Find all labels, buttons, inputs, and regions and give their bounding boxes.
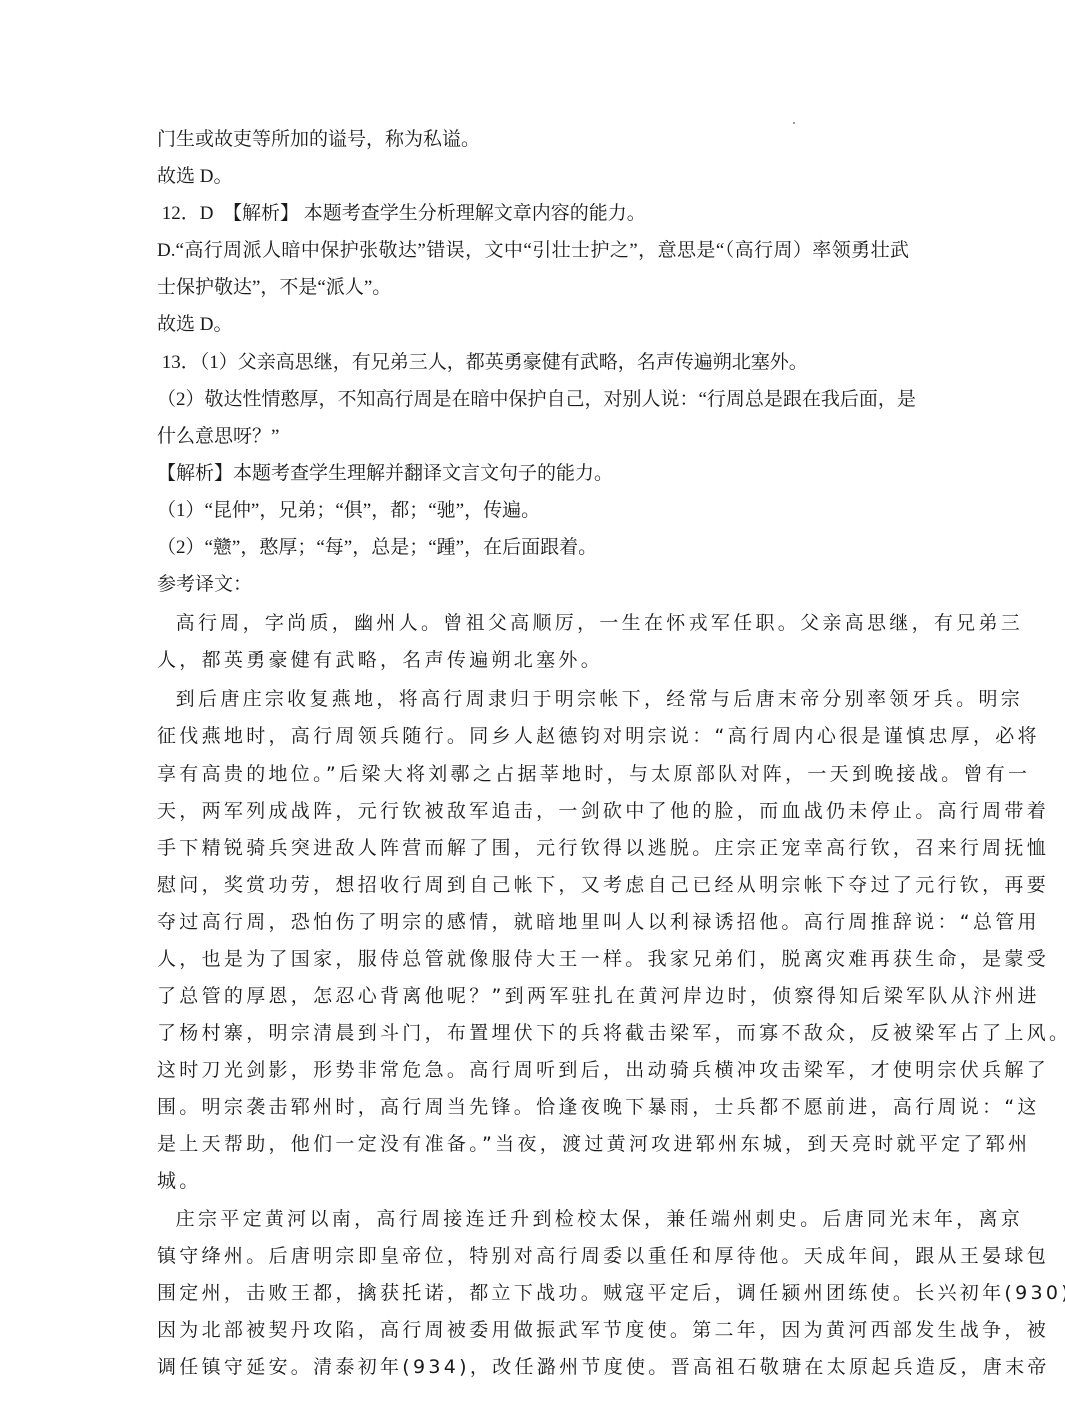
translation-line: 了杨村寨，明宗清晨到斗门，布置埋伏下的兵将截击梁军，而寡不敌众，反被梁军占了上风…	[157, 1021, 909, 1045]
translation-line: 夺过高行周，恐怕伤了明宗的感情，就暗地里叫人以利禄诱招他。高行周推辞说：“总管用	[157, 910, 909, 934]
translation-line: 人，都英勇豪健有武略，名声传遍朔北塞外。	[157, 648, 909, 672]
translation-line: 是上天帮助，他们一定没有准备。”当夜，渡过黄河攻进郓州东城，到天亮时就平定了郓州	[157, 1132, 909, 1156]
answer-line: 士保护敬达”，不是“派人”。	[157, 276, 909, 300]
answer-line: 门生或故吏等所加的谥号，称为私谥。	[157, 128, 909, 152]
translation-line: 调任镇守延安。清泰初年(934)，改任潞州节度使。晋高祖石敬瑭在太原起兵造反，唐…	[157, 1355, 909, 1379]
translation-line: 慰问，奖赏功劳，想招收行周到自己帐下，又考虑自己已经从明宗帐下夺过了元行钦，再要	[157, 873, 909, 897]
answer-line: 故选 D。	[157, 313, 909, 337]
answer-line: （1）“昆仲”，兄弟；“俱”，都；“驰”，传遍。	[157, 499, 909, 523]
translation-line: 因为北部被契丹攻陷，高行周被委用做振武军节度使。第二年，因为黄河西部发生战争，被	[157, 1318, 909, 1342]
stray-mark	[793, 122, 795, 124]
translation-line: 手下精锐骑兵突进敌人阵营而解了围，元行钦得以逃脱。庄宗正宠幸高行钦，召来行周抚恤	[157, 836, 909, 860]
answer-line: D.“高行周派人暗中保护张敬达”错误，文中“引壮士护之”，意思是“（高行周）率领…	[157, 239, 909, 263]
translation-line: 庄宗平定黄河以南，高行周接连迁升到检校太保，兼任端州刺史。后唐同光末年，离京	[157, 1207, 909, 1231]
translation-line: 围。明宗袭击郓州时，高行周当先锋。恰逢夜晚下暴雨，士兵都不愿前进，高行周说：“这	[157, 1095, 909, 1119]
translation-line: 天，两军列成战阵，元行钦被敌军追击，一剑砍中了他的脸，而血战仍未停止。高行周带着	[157, 799, 909, 823]
document-page: 门生或故吏等所加的谥号，称为私谥。 故选 D。 12．D 【解析】 本题考查学生…	[0, 0, 1065, 1421]
translation-line: 围定州，击败王都，擒获托诺，都立下战功。贼寇平定后，调任颍州团练使。长兴初年(9…	[157, 1281, 909, 1305]
question-13-heading: 13．（1）父亲高思继，有兄弟三人，都英勇豪健有武略，名声传遍朔北塞外。	[157, 351, 909, 375]
translation-line: 享有高贵的地位。”后梁大将刘鄩之占据莘地时，与太原部队对阵，一天到晚接战。曾有一	[157, 762, 909, 786]
translation-heading: 参考译文：	[157, 573, 909, 597]
answer-line: （2）敬达性情憨厚，不知高行周是在暗中保护自己，对别人说：“行周总是跟在我后面，…	[157, 388, 909, 412]
translation-line: 到后唐庄宗收复燕地，将高行周隶归于明宗帐下，经常与后唐末帝分别率领牙兵。明宗	[157, 687, 909, 711]
translation-line: 高行周，字尚质，幽州人。曾祖父高顺厉，一生在怀戎军任职。父亲高思继，有兄弟三	[157, 611, 909, 635]
answer-line: 什么意思呀？”	[157, 425, 909, 449]
translation-line: 了总管的厚恩，怎忍心背离他呢？”到两军驻扎在黄河岸边时，侦察得知后梁军队从汴州进	[157, 984, 909, 1008]
question-12-heading: 12．D 【解析】 本题考查学生分析理解文章内容的能力。	[157, 202, 909, 226]
translation-line: 人，也是为了国家，服侍总管就像服侍大王一样。我家兄弟们，脱离灾难再获生命，是蒙受	[157, 947, 909, 971]
translation-line: 这时刀光剑影，形势非常危急。高行周听到后，出动骑兵横冲攻击梁军，才使明宗伏兵解了	[157, 1058, 909, 1082]
translation-line: 征伐燕地时，高行周领兵随行。同乡人赵德钧对明宗说：“高行周内心很是谨慎忠厚，必将	[157, 724, 909, 748]
answer-line: （2）“戆”，憨厚；“每”，总是；“踵”，在后面跟着。	[157, 536, 909, 560]
translation-line: 镇守绛州。后唐明宗即皇帝位，特别对高行周委以重任和厚待他。天成年间，跟从王晏球包	[157, 1244, 909, 1268]
analysis-heading: 【解析】本题考查学生理解并翻译文言文句子的能力。	[157, 462, 909, 486]
answer-line: 故选 D。	[157, 165, 909, 189]
translation-line: 城。	[157, 1169, 909, 1193]
